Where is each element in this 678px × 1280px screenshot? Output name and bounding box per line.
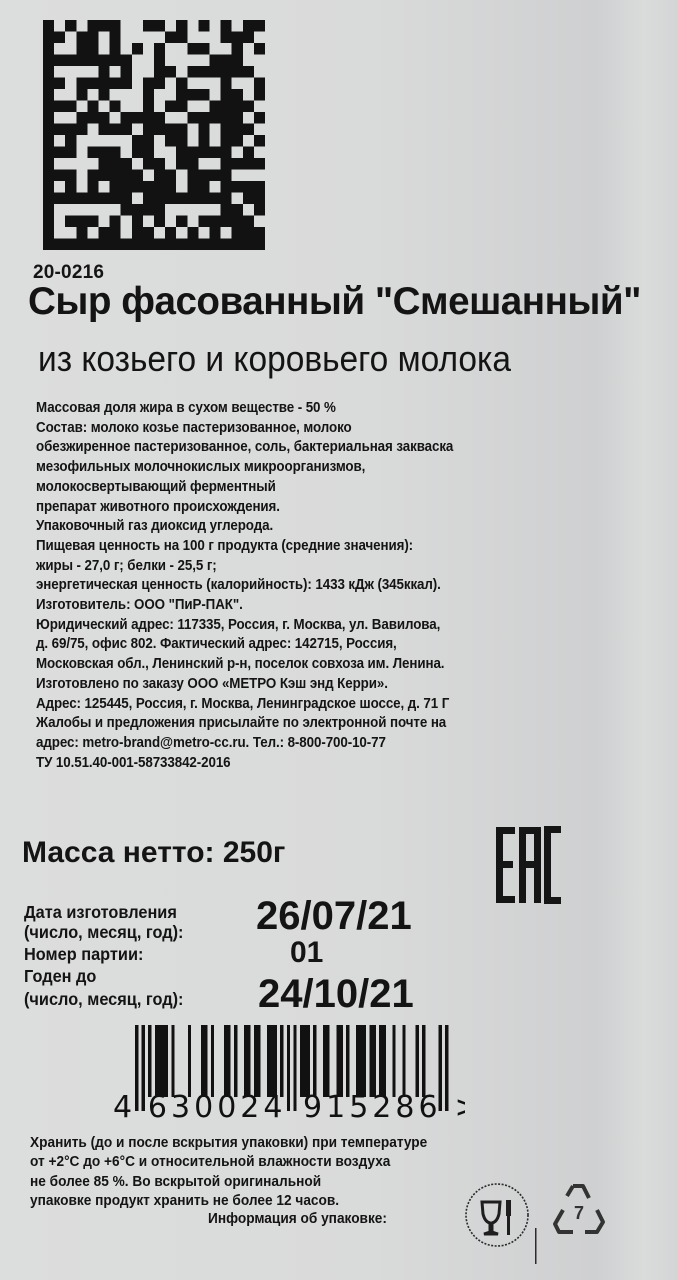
batch-label: Номер партии: [24, 944, 143, 964]
product-subtitle: из козьего и коровьего молока [38, 338, 511, 380]
detail-line: обезжиренное пастеризованное, соль, бакт… [36, 437, 529, 457]
detail-line: Адрес: 125445, Россия, г. Москва, Ленинг… [36, 694, 529, 714]
svg-text:630024: 630024 [148, 1090, 283, 1125]
product-details: Массовая доля жира в сухом веществе - 50… [36, 398, 596, 772]
svg-text:4: 4 [113, 1090, 132, 1125]
detail-line: адрес: metro-brand@metro-cc.ru. Тел.: 8-… [36, 733, 529, 753]
detail-line: жиры - 27,0 г; белки - 25,5 г; [36, 556, 529, 576]
svg-text:>: > [455, 1090, 466, 1125]
detail-line: энергетическая ценность (калорийность): … [36, 575, 529, 595]
recycle-7-icon: 7 [551, 1182, 607, 1240]
production-date-label-format: (число, месяц, год): [24, 922, 183, 942]
expiry-label-format: (число, месяц, год): [24, 989, 183, 1009]
svg-text:7: 7 [574, 1203, 584, 1223]
detail-line: Изготовитель: ООО "ПиР-ПАК". [36, 595, 529, 615]
storage-instructions: Хранить (до и после вскрытия упаковки) п… [30, 1133, 510, 1210]
detail-line: препарат животного происхождения. [36, 497, 529, 517]
net-weight: Масса нетто: 250г [22, 836, 285, 870]
detail-line: Московская обл., Ленинский р-н, поселок … [36, 654, 529, 674]
detail-line: молокосвертывающий ферментный [36, 477, 529, 497]
product-title: Сыр фасованный "Смешанный" [28, 280, 641, 324]
production-date: 26/07/21 [256, 894, 412, 939]
storage-line: Хранить (до и после вскрытия упаковки) п… [30, 1133, 462, 1152]
expiry-date: 24/10/21 [258, 972, 414, 1017]
storage-line: от +2°С до +6°С и относительной влажност… [30, 1152, 462, 1171]
detail-line: ТУ 10.51.40-001-58733842-2016 [36, 753, 529, 773]
detail-line: Массовая доля жира в сухом веществе - 50… [36, 398, 529, 418]
eac-mark-icon [496, 826, 562, 904]
expiry-label: Годен до [24, 966, 96, 986]
detail-line: Жалобы и предложения присылайте по элект… [36, 713, 529, 733]
batch-number: 01 [290, 936, 323, 970]
detail-line: Изготовлено по заказу ООО «МЕТРО Кэш энд… [36, 674, 529, 694]
storage-line: упаковке продукт хранить не более 12 час… [30, 1191, 462, 1210]
ean13-barcode: 4630024915286> [85, 1025, 465, 1125]
production-date-label: Дата изготовления [24, 902, 177, 922]
packaging-info-label: Информация об упаковке: [208, 1210, 387, 1227]
storage-line: не более 85 %. Во вскрытой оригинальной [30, 1172, 462, 1191]
detail-line: Пищевая ценность на 100 г продукта (сред… [36, 536, 529, 556]
detail-line: Состав: молоко козье пастеризованное, мо… [36, 418, 529, 438]
food-safe-icon [462, 1180, 532, 1250]
detail-line: д. 69/75, офис 802. Фактический адрес: 1… [36, 634, 529, 654]
separator-mark [533, 1228, 539, 1264]
detail-line: Упаковочный газ диоксид углерода. [36, 516, 529, 536]
datamatrix-code [43, 20, 265, 250]
detail-line: мезофильных молочнокислых микроорганизмо… [36, 457, 529, 477]
detail-line: Юридический адрес: 117335, Россия, г. Мо… [36, 615, 529, 635]
